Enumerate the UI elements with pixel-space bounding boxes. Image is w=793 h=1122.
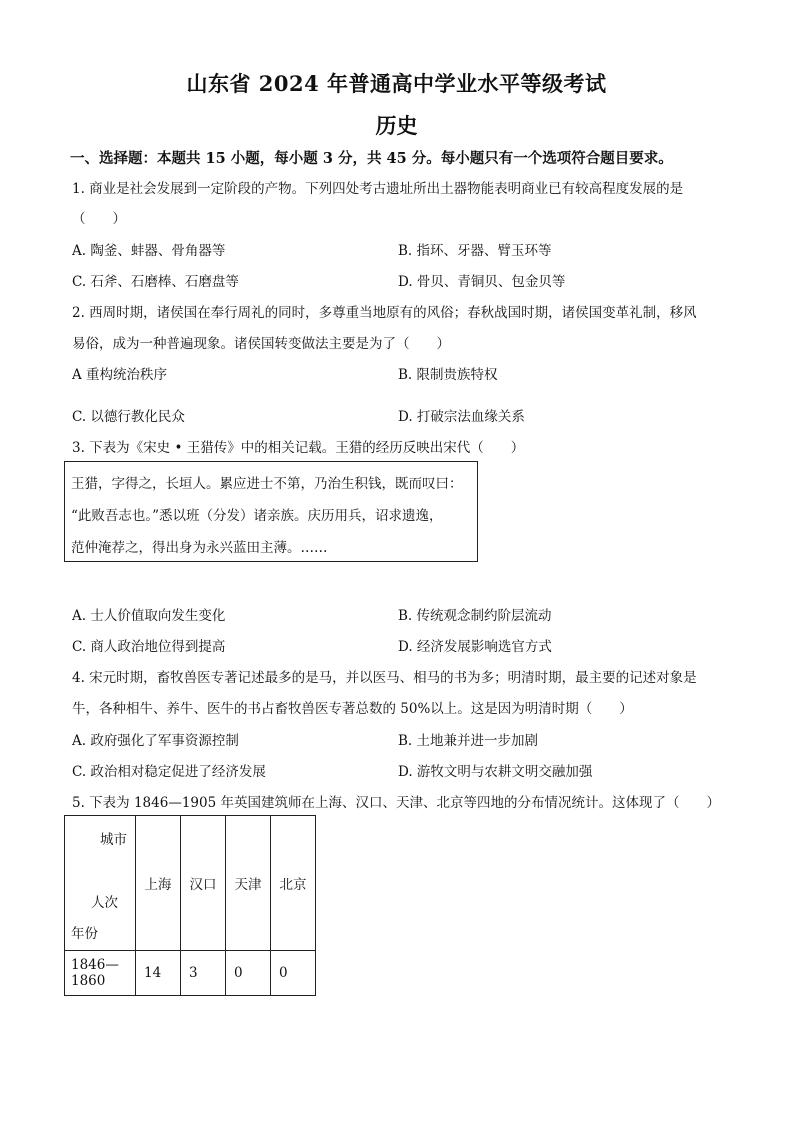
question-3-stem: 3. 下表为《宋史 • 王猎传》中的相关记载。王猎的经历反映出宋代（ ） [72, 436, 524, 456]
question-1-stem: 1. 商业是社会发展到一定阶段的产物。下列四处考古遗址所出土器物能表明商业已有较… [72, 177, 683, 197]
question-4-stem-line2: 牛，各种相牛、养牛、医牛的书占畜牧兽医专著总数的 50%以上。这是因为明清时期（… [72, 697, 633, 717]
quote-line: 王猎，字得之，长垣人。累应进士不第，乃治生积钱，既而叹曰： [71, 472, 463, 492]
question-2-stem-line1: 2. 西周时期，诸侯国在奉行周礼的同时，多尊重当地原有的风俗；春秋战国时期，诸侯… [72, 301, 697, 321]
question-2-option-d: D. 打破宗法血缘关系 [398, 405, 525, 425]
quote-line: 范仲淹荐之，得出身为永兴蓝田主薄。…… [71, 536, 328, 556]
table-cell: 3 [181, 951, 226, 996]
question-3-quote-box: 王猎，字得之，长垣人。累应进士不第，乃治生积钱，既而叹曰： “此败吾志也。”悉以… [64, 461, 478, 562]
table-corner-header: 城市 人次 年份 [65, 816, 136, 951]
question-2-option-c: C. 以德行教化民众 [72, 405, 185, 425]
corner-label-year: 年份 [71, 922, 98, 942]
table-cell: 0 [271, 951, 316, 996]
question-2-option-a: A 重构统治秩序 [72, 363, 167, 383]
question-4-option-d: D. 游牧文明与农耕文明交融加强 [398, 760, 592, 780]
question-3-option-a: A. 士人价值取向发生变化 [72, 604, 225, 624]
table-cell: 14 [136, 951, 181, 996]
question-1-option-b: B. 指环、牙器、臂玉环等 [398, 239, 552, 259]
question-3-option-d: D. 经济发展影响选官方式 [398, 635, 552, 655]
exam-title: 山东省 2024 年普通高中学业水平等级考试 [0, 68, 793, 98]
column-header: 上海 [136, 816, 181, 951]
section-heading: 一、选择题：本题共 15 小题，每小题 3 分，共 45 分。每小题只有一个选项… [70, 147, 673, 168]
question-5-stem: 5. 下表为 1846—1905 年英国建筑师在上海、汉口、天津、北京等四地的分… [72, 791, 720, 811]
corner-label-city: 城市 [100, 828, 127, 848]
question-1-blank: （ ） [72, 207, 126, 227]
question-4-option-a: A. 政府强化了军事资源控制 [72, 729, 239, 749]
column-header: 北京 [271, 816, 316, 951]
question-2-stem-line2: 易俗，成为一种普遍现象。诸侯国转变做法主要是为了（ ） [72, 332, 450, 352]
row-period: 1846—1860 [65, 951, 136, 996]
question-3-option-c: C. 商人政治地位得到提高 [72, 635, 225, 655]
column-header: 天津 [226, 816, 271, 951]
question-5-table: 城市 人次 年份 上海 汉口 天津 北京 1846—1860 14 3 0 0 [64, 815, 316, 996]
question-4-stem-line1: 4. 宋元时期，畜牧兽医专著记述最多的是马，并以医马、相马的书为多；明清时期，最… [72, 666, 697, 686]
quote-line: “此败吾志也。”悉以班（分发）诸亲族。庆历用兵，诏求遗逸， [71, 504, 443, 524]
subject-title: 历史 [0, 110, 793, 140]
column-header: 汉口 [181, 816, 226, 951]
question-1-option-d: D. 骨贝、青铜贝、包金贝等 [398, 270, 565, 290]
question-2-option-b: B. 限制贵族特权 [398, 363, 498, 383]
corner-label-count: 人次 [91, 891, 118, 911]
question-1-option-c: C. 石斧、石磨棒、石磨盘等 [72, 270, 239, 290]
table-row: 1846—1860 14 3 0 0 [65, 951, 316, 996]
question-4-option-b: B. 土地兼并进一步加剧 [398, 729, 538, 749]
table-cell: 0 [226, 951, 271, 996]
question-3-option-b: B. 传统观念制约阶层流动 [398, 604, 552, 624]
question-4-option-c: C. 政治相对稳定促进了经济发展 [72, 760, 266, 780]
question-1-option-a: A. 陶釜、蚌器、骨角器等 [72, 239, 225, 259]
